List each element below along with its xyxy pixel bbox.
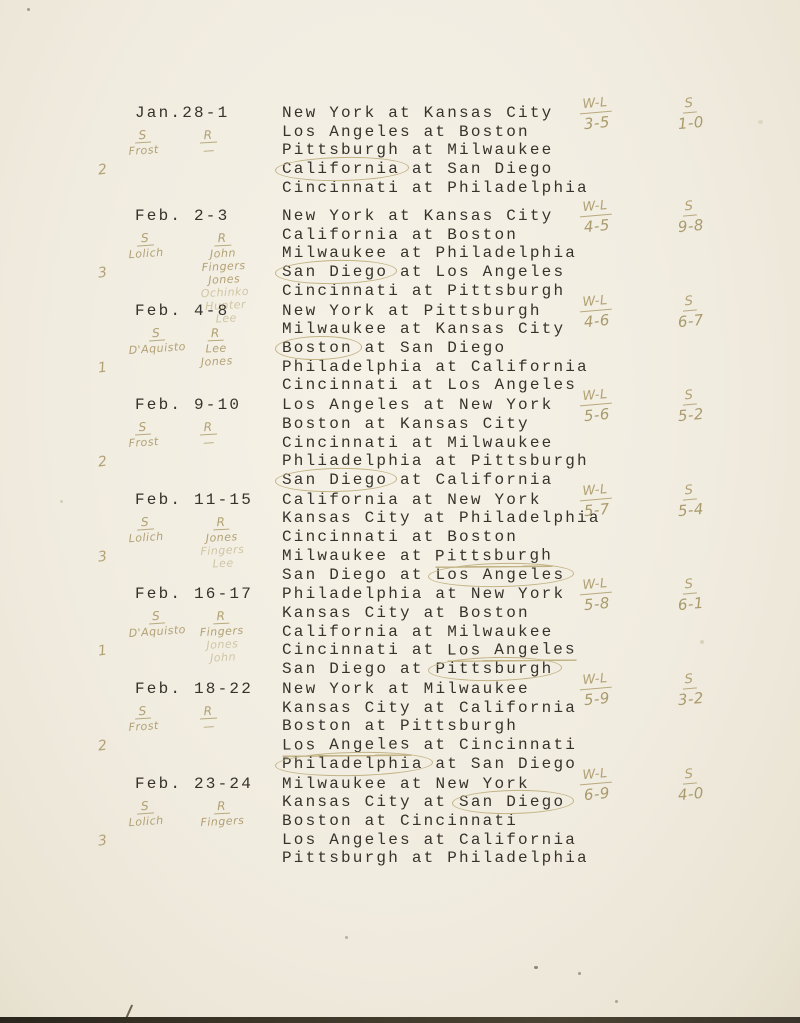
paper-speck <box>60 500 63 503</box>
home-team: Pittsburgh <box>424 302 542 320</box>
matchup-line: California at San Diego <box>282 160 589 179</box>
away-team: Cincinnati <box>282 282 400 300</box>
date-range: Feb. 16-17 <box>135 585 253 603</box>
away-team-pencil-circled: Boston <box>282 339 353 358</box>
matchup-list: Los Angeles at New YorkBoston at Kansas … <box>282 396 589 489</box>
reliever-column: R FingersJonesJohn <box>199 606 246 665</box>
at-separator: at <box>400 849 447 867</box>
saves-header: S <box>681 767 697 784</box>
reliever-header: R <box>213 799 231 814</box>
matchup-line: New York at Pittsburgh <box>282 302 589 321</box>
home-team: San Diego <box>447 160 553 178</box>
at-separator: at <box>376 302 423 320</box>
date-range: Feb. 2-3 <box>135 207 229 225</box>
matchup-line: Boston at Kansas City <box>282 415 589 434</box>
starter-column: S Frost <box>127 417 159 450</box>
reliever-header: R <box>212 610 230 625</box>
matchup-line: Kansas City at Philadelphia <box>282 509 601 528</box>
matchup-line: Kansas City at San Diego <box>282 793 589 812</box>
home-team: Philadelphia <box>447 179 589 197</box>
home-team: California <box>459 699 577 717</box>
starter-names: Lolich <box>128 246 164 261</box>
away-team: Kansas City <box>282 699 412 717</box>
matchup-line: Cincinnati at Pittsburgh <box>282 282 577 301</box>
home-team: California <box>459 831 577 849</box>
away-team: Los Angeles <box>282 123 412 141</box>
starter-column: S Lolich <box>127 512 164 545</box>
away-team: San Diego <box>282 660 388 678</box>
at-separator: at <box>376 104 423 122</box>
reliever-column: R — <box>199 702 217 734</box>
reliever-names: JonesFingersLee <box>199 530 245 571</box>
reliever-names: Fingers <box>200 813 244 828</box>
reliever-column: R LeeJones <box>199 323 233 369</box>
matchup-list: New York at Kansas CityCalifornia at Bos… <box>282 207 577 300</box>
starter-header: S <box>134 128 151 143</box>
away-team: Philadelphia <box>282 358 424 376</box>
reliever-names: FingersJonesJohn <box>199 624 245 665</box>
at-separator: at <box>376 207 423 225</box>
home-team-pencil-circled: San Diego <box>459 793 565 812</box>
reliever-name: Fingers <box>200 813 244 828</box>
win-loss-column: W-L 5-8 <box>568 573 623 616</box>
away-team: Boston <box>282 812 353 830</box>
saves-value: 9-8 <box>668 214 714 238</box>
win-loss-value: 5-8 <box>570 592 624 616</box>
starter-name: Frost <box>128 143 159 158</box>
paper-speck <box>615 1000 618 1003</box>
matchup-line: Cincinnati at Los Angeles <box>282 376 589 395</box>
reliever-name: Lee <box>201 556 245 571</box>
matchup-list: New York at Kansas CityLos Angeles at Bo… <box>282 104 589 197</box>
home-team: San Diego <box>400 339 506 357</box>
at-separator: at <box>400 491 447 509</box>
away-team: Milwaukee <box>282 547 388 565</box>
home-team: New York <box>471 585 565 603</box>
starter-names: Lolich <box>128 813 164 828</box>
away-team: Boston <box>282 415 353 433</box>
away-team: New York <box>282 207 376 225</box>
at-separator: at <box>388 547 435 565</box>
matchup-line: Boston at San Diego <box>282 339 589 358</box>
at-separator: at <box>424 452 471 470</box>
away-team: Pittsburgh <box>282 849 400 867</box>
matchup-line: Cincinnati at Boston <box>282 528 601 547</box>
at-separator: at <box>412 509 459 527</box>
home-team: Boston <box>447 226 518 244</box>
away-team-pencil-circled: San Diego <box>282 263 388 282</box>
saves-header: S <box>681 294 697 311</box>
starter-header: S <box>137 515 154 530</box>
home-team: Kansas City <box>424 104 554 122</box>
at-separator: at <box>412 831 459 849</box>
at-separator: at <box>400 141 447 159</box>
reliever-column: R Fingers <box>199 795 244 828</box>
home-team: Cincinnati <box>459 736 577 754</box>
win-loss-value: 5-6 <box>570 403 624 427</box>
home-team: Pittsburgh <box>447 282 565 300</box>
matchup-line: Los Angeles at California <box>282 831 589 850</box>
at-separator: at <box>400 623 447 641</box>
saves-header: S <box>681 672 697 689</box>
starter-header: S <box>137 799 154 814</box>
saves-value: 5-2 <box>668 403 714 427</box>
starter-name: Lolich <box>128 813 164 828</box>
saves-column: S 3-2 <box>666 668 713 711</box>
away-team: Kansas City <box>282 604 412 622</box>
schedule-block: Jan.28-1 2 S Frost R — New York at Kansa… <box>0 104 800 207</box>
reliever-header: R <box>207 326 225 341</box>
saves-value: 4-0 <box>668 782 714 806</box>
reliever-names: — <box>200 720 218 734</box>
starter-column: S Frost <box>127 125 159 158</box>
home-team: Cincinnati <box>400 812 518 830</box>
starter-header: S <box>134 704 151 719</box>
home-team: Pittsburgh <box>471 452 589 470</box>
at-separator: at <box>400 528 447 546</box>
starter-name: D'Aquisto <box>128 340 186 357</box>
at-separator: at <box>353 812 400 830</box>
away-team: Kansas City <box>282 509 412 527</box>
win-loss-column: W-L 6-9 <box>568 762 623 805</box>
starter-names: Frost <box>128 435 159 450</box>
starter-header: S <box>148 610 165 625</box>
away-team: Kansas City <box>282 793 412 811</box>
date-range: Feb. 9-10 <box>135 396 241 414</box>
handwritten-number: 1 <box>97 359 109 376</box>
at-separator: at <box>388 775 435 793</box>
at-separator: at <box>400 641 447 659</box>
schedule-block: Feb. 16-17 1 S D'Aquisto R FingersJonesJ… <box>0 585 800 680</box>
home-team: Boston <box>459 604 530 622</box>
at-separator: at <box>412 123 459 141</box>
home-team: Los Angeles <box>435 263 565 281</box>
reliever-name: John <box>201 650 245 665</box>
schedule-block: Feb. 2-3 3 S Lolich R JohnFingersJonesOc… <box>0 207 800 302</box>
paper-speck <box>758 120 763 124</box>
matchup-line: Los Angeles at New York <box>282 396 589 415</box>
matchup-line: Philadelphia at New York <box>282 585 577 604</box>
saves-value: 6-1 <box>668 592 714 616</box>
matchup-line: Los Angeles at Boston <box>282 123 589 142</box>
home-team: Boston <box>447 528 518 546</box>
schedule-block-list: Jan.28-1 2 S Frost R — New York at Kansa… <box>0 104 800 869</box>
matchup-line: Milwaukee at Pittsburgh <box>282 547 601 566</box>
home-team: New York <box>459 396 553 414</box>
saves-header: S <box>681 578 697 595</box>
at-separator: at <box>400 434 447 452</box>
scanned-schedule-page: Jan.28-1 2 S Frost R — New York at Kansa… <box>0 0 800 1023</box>
saves-header: S <box>681 389 697 406</box>
starter-header: S <box>137 231 154 246</box>
matchup-line: San Diego at Pittsburgh <box>282 660 577 679</box>
saves-column: S 1-0 <box>666 92 713 135</box>
starter-name: Frost <box>128 719 159 734</box>
away-team: California <box>282 491 400 509</box>
away-team: California <box>282 226 400 244</box>
home-team-pencil-circled: Pittsburgh <box>435 660 553 679</box>
starter-column: S Lolich <box>127 228 164 261</box>
reliever-header: R <box>199 705 217 720</box>
home-team: Philadelphia <box>447 849 589 867</box>
at-separator: at <box>424 585 471 603</box>
away-team-pencil-circled: San Diego <box>282 471 388 490</box>
away-team: New York <box>282 680 376 698</box>
schedule-block: Feb. 11-15 3 S Lolich R JonesFingersLee … <box>0 491 800 586</box>
reliever-name: Fingers <box>199 259 248 275</box>
away-team: Philadelphia <box>282 585 424 603</box>
win-loss-column: W-L 3-5 <box>568 92 623 135</box>
saves-column: S 6-1 <box>666 574 713 617</box>
date-range: Jan.28-1 <box>135 104 229 122</box>
schedule-block: Feb. 23-24 3 S Lolich R Fingers Milwauke… <box>0 775 800 870</box>
win-loss-column: W-L 5-6 <box>568 384 623 427</box>
paper-speck <box>578 972 581 975</box>
home-team-pencil-circled: Los Angeles <box>435 566 565 585</box>
handwritten-number: 3 <box>97 264 109 281</box>
at-separator: at <box>424 358 471 376</box>
starter-name: Lolich <box>128 530 164 545</box>
at-separator: at <box>412 736 459 754</box>
matchup-line: Philadelphia at California <box>282 358 589 377</box>
reliever-name: Fingers <box>200 543 244 558</box>
matchup-line: California at Milwaukee <box>282 623 577 642</box>
starter-header: S <box>134 421 151 436</box>
matchup-line: Philadelphia at San Diego <box>282 755 577 774</box>
reliever-name: — <box>200 720 218 734</box>
matchup-line: Kansas City at Boston <box>282 604 577 623</box>
starter-name: Frost <box>128 435 159 450</box>
matchup-list: New York at MilwaukeeKansas City at Cali… <box>282 680 577 773</box>
starter-name: Lolich <box>128 246 164 261</box>
home-team: Milwaukee <box>447 141 553 159</box>
starter-names: Frost <box>128 719 159 734</box>
win-loss-column: W-L 5-7 <box>568 479 623 522</box>
saves-column: S 5-4 <box>666 479 713 522</box>
win-loss-value: 4-5 <box>570 214 624 238</box>
handwritten-number: 2 <box>97 454 109 471</box>
matchup-line: Kansas City at California <box>282 699 577 718</box>
away-team-pencil-circled: Philadelphia <box>282 755 424 774</box>
reliever-column: R — <box>199 418 217 450</box>
handwritten-number: 3 <box>97 548 109 565</box>
reliever-name: — <box>200 436 218 450</box>
saves-value: 5-4 <box>668 498 714 522</box>
handwritten-number: 2 <box>97 737 109 754</box>
home-team: Kansas City <box>400 415 530 433</box>
reliever-names: LeeJones <box>200 341 233 369</box>
handwritten-number: 2 <box>97 161 109 178</box>
matchup-line: San Diego at California <box>282 471 589 490</box>
away-team: Cincinnati <box>282 641 400 659</box>
reliever-header: R <box>199 421 217 436</box>
win-loss-column: W-L 5-9 <box>568 668 623 711</box>
starter-names: Lolich <box>128 530 164 545</box>
at-separator: at <box>400 376 447 394</box>
matchup-line: California at New York <box>282 491 601 510</box>
home-team: California <box>435 471 553 489</box>
date-range: Feb. 18-22 <box>135 680 253 698</box>
matchup-line: Cincinnati at Milwaukee <box>282 434 589 453</box>
matchup-line: San Diego at Los Angeles <box>282 566 601 585</box>
paper-speck <box>534 966 538 969</box>
reliever-header: R <box>199 129 217 144</box>
starter-column: S Lolich <box>127 795 164 828</box>
reliever-name: Jones <box>200 354 233 369</box>
at-separator: at <box>412 604 459 622</box>
home-team: Milwaukee <box>447 623 553 641</box>
away-team-pencil-circled: California <box>282 160 400 179</box>
away-team: Milwaukee <box>282 775 388 793</box>
saves-value: 3-2 <box>668 687 714 711</box>
date-range: Feb. 23-24 <box>135 775 253 793</box>
away-team: San Diego <box>282 566 388 584</box>
paper-speck <box>27 8 30 11</box>
at-separator: at <box>400 282 447 300</box>
starter-name: D'Aquisto <box>128 623 186 640</box>
matchup-line: Pittsburgh at Philadelphia <box>282 849 589 868</box>
reliever-header: R <box>213 232 231 247</box>
away-team: Los Angeles <box>282 396 412 414</box>
reliever-name: Lee <box>200 341 233 356</box>
starter-names: Frost <box>128 143 159 158</box>
home-team: California <box>471 358 589 376</box>
handwritten-number: 3 <box>97 832 109 849</box>
page-bottom-edge <box>0 1017 800 1023</box>
schedule-block: Feb. 18-22 2 S Frost R — New York at Mil… <box>0 680 800 775</box>
reliever-names: — <box>200 144 218 158</box>
matchup-line: Boston at Pittsburgh <box>282 717 577 736</box>
matchup-line: New York at Kansas City <box>282 207 577 226</box>
handwritten-number: 1 <box>97 643 109 660</box>
matchup-line: Cincinnati at Philadelphia <box>282 179 589 198</box>
home-team: San Diego <box>471 755 577 773</box>
win-loss-column: W-L 4-5 <box>568 195 623 238</box>
win-loss-value: 5-7 <box>570 498 624 522</box>
win-loss-value: 4-6 <box>570 308 624 332</box>
paper-speck <box>700 640 704 644</box>
reliever-column: R — <box>199 126 217 158</box>
at-separator: at <box>376 680 423 698</box>
at-separator: at <box>353 415 400 433</box>
at-separator: at <box>400 226 447 244</box>
away-team: California <box>282 623 400 641</box>
matchup-list: New York at PittsburghMilwaukee at Kansa… <box>282 302 589 395</box>
reliever-column: R JonesFingersLee <box>199 512 246 571</box>
home-team: Milwaukee <box>447 434 553 452</box>
matchup-line: New York at Milwaukee <box>282 680 577 699</box>
schedule-block: Feb. 4-8 1 S D'Aquisto R LeeJones New Yo… <box>0 302 800 397</box>
matchup-list: Milwaukee at New YorkKansas City at San … <box>282 775 589 868</box>
home-team: Kansas City <box>424 207 554 225</box>
paper-speck <box>345 936 348 939</box>
starter-header: S <box>148 326 165 341</box>
away-team: Boston <box>282 717 353 735</box>
reliever-name: — <box>200 144 218 158</box>
starter-column: S Frost <box>127 701 159 734</box>
matchup-line: Los Angeles at Cincinnati <box>282 736 577 755</box>
starter-column: S D'Aquisto <box>127 322 186 357</box>
away-team: Los Angeles <box>282 831 412 849</box>
away-team: New York <box>282 302 376 320</box>
win-loss-column: W-L 4-6 <box>568 289 623 332</box>
home-team: New York <box>447 491 541 509</box>
saves-column: S 5-2 <box>666 384 713 427</box>
away-team: Cincinnati <box>282 376 400 394</box>
saves-header: S <box>681 96 697 113</box>
home-team: Pittsburgh <box>400 717 518 735</box>
starter-names: D'Aquisto <box>128 340 186 357</box>
win-loss-value: 5-9 <box>570 687 624 711</box>
win-loss-value: 6-9 <box>570 781 624 805</box>
matchup-line: New York at Kansas City <box>282 104 589 123</box>
reliever-header: R <box>212 515 230 530</box>
schedule-block: Feb. 9-10 2 S Frost R — Los Angeles at N… <box>0 396 800 491</box>
home-team: Boston <box>459 123 530 141</box>
saves-column: S 4-0 <box>666 763 713 806</box>
at-separator: at <box>412 396 459 414</box>
matchup-list: Philadelphia at New YorkKansas City at B… <box>282 585 577 678</box>
at-separator: at <box>388 320 435 338</box>
home-team: Kansas City <box>435 320 565 338</box>
reliever-names: — <box>200 436 218 450</box>
saves-header: S <box>681 483 697 500</box>
at-separator: at <box>353 717 400 735</box>
saves-column: S 9-8 <box>666 195 713 238</box>
away-team: Cincinnati <box>282 179 400 197</box>
win-loss-value: 3-5 <box>570 111 624 135</box>
away-team: Cincinnati <box>282 434 400 452</box>
matchup-line: California at Boston <box>282 226 577 245</box>
starter-column: S D'Aquisto <box>127 605 186 640</box>
matchup-line: Boston at Cincinnati <box>282 812 589 831</box>
starter-names: D'Aquisto <box>128 623 186 640</box>
matchup-list: California at New YorkKansas City at Phi… <box>282 491 601 584</box>
home-team: Los Angeles <box>447 376 577 394</box>
saves-value: 6-7 <box>668 309 714 333</box>
at-separator: at <box>412 699 459 717</box>
at-separator: at <box>400 179 447 197</box>
away-team: Cincinnati <box>282 528 400 546</box>
at-separator: at <box>388 244 435 262</box>
saves-column: S 6-7 <box>666 290 713 333</box>
saves-value: 1-0 <box>668 111 714 135</box>
date-range: Feb. 11-15 <box>135 491 253 509</box>
home-team: Milwaukee <box>424 680 530 698</box>
saves-header: S <box>681 199 697 216</box>
home-team: Philadelphia <box>435 244 577 262</box>
matchup-line: San Diego at Los Angeles <box>282 263 577 282</box>
date-range: Feb. 4-8 <box>135 302 229 320</box>
away-team: New York <box>282 104 376 122</box>
